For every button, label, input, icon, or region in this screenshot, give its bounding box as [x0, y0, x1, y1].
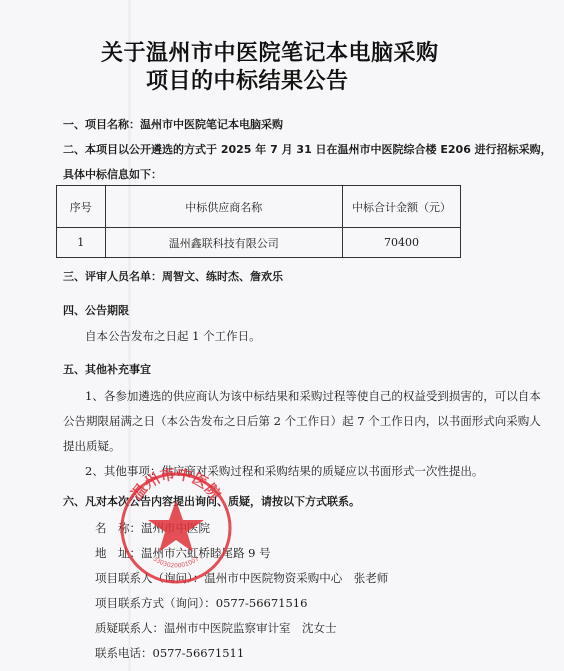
section-5-item-1-line-3: 提出质疑。: [63, 439, 121, 453]
section-2-line-2: 具体中标信息如下：: [63, 168, 162, 182]
header-supplier: 中标供应商名称: [105, 186, 342, 228]
header-amount: 中标合计金额（元）: [342, 186, 460, 228]
contact-address: 地 址：温州市六虹桥睦尾路 9 号: [95, 546, 271, 560]
section-6-heading: 六、凡对本次公告内容提出询问、质疑，请按以下方式联系。: [63, 495, 360, 509]
section-2-line-1: 二、本项目以公开遴选的方式于 2025 年 7 月 31 日在温州市中医院综合楼…: [63, 143, 552, 157]
document-title-line-1: 关于温州市中医院笔记本电脑采购: [101, 36, 564, 67]
section-4-body: 自本公告发布之日起 1 个工作日。: [85, 329, 261, 343]
section-4-heading: 四、公告期限: [63, 304, 129, 318]
contact-name: 名 称：温州市中医院: [95, 521, 210, 535]
section-5-heading: 五、其他补充事宜: [63, 363, 151, 377]
cell-supplier: 温州鑫联科技有限公司: [105, 228, 342, 258]
header-index: 序号: [57, 186, 106, 228]
section-5-item-2: 2、其他事项：供应商对采购过程和采购结果的质疑应以书面形式一次性提出。: [85, 464, 483, 478]
section-5-item-1-line-1: 1、各参加遴选的供应商认为该中标结果和采购过程等使自己的权益受到损害的，可以自本: [85, 389, 541, 403]
section-5-item-1-line-2: 公告期限届满之日（本公告发布之日后第 2 个工作日）起 7 个工作日内，以书面形…: [63, 414, 541, 428]
contact-complaint-phone: 联系电话：0577-56671511: [95, 646, 244, 660]
award-table-header-row: 序号 中标供应商名称 中标合计金额（元）: [57, 186, 461, 228]
contact-complaint-person: 质疑联系人：温州市中医院监察审计室 沈女士: [95, 621, 337, 635]
table-row: 1 温州鑫联科技有限公司 70400: [57, 228, 461, 258]
document-title-line-2: 项目的中标结果公告: [146, 64, 564, 95]
contact-project-phone: 项目联系方式（询问）：0577-56671516: [95, 596, 307, 610]
section-1-project-name: 一、项目名称：温州市中医院笔记本电脑采购: [63, 118, 283, 132]
section-3-reviewers: 三、评审人员名单：周智文、练时杰、詹欢乐: [63, 270, 283, 284]
cell-index: 1: [57, 228, 106, 258]
award-table: 序号 中标供应商名称 中标合计金额（元） 1 温州鑫联科技有限公司 70400: [56, 185, 461, 258]
contact-project-person: 项目联系人（询问）：温州市中医院物资采购中心 张老师: [95, 571, 388, 585]
cell-amount: 70400: [342, 228, 460, 258]
